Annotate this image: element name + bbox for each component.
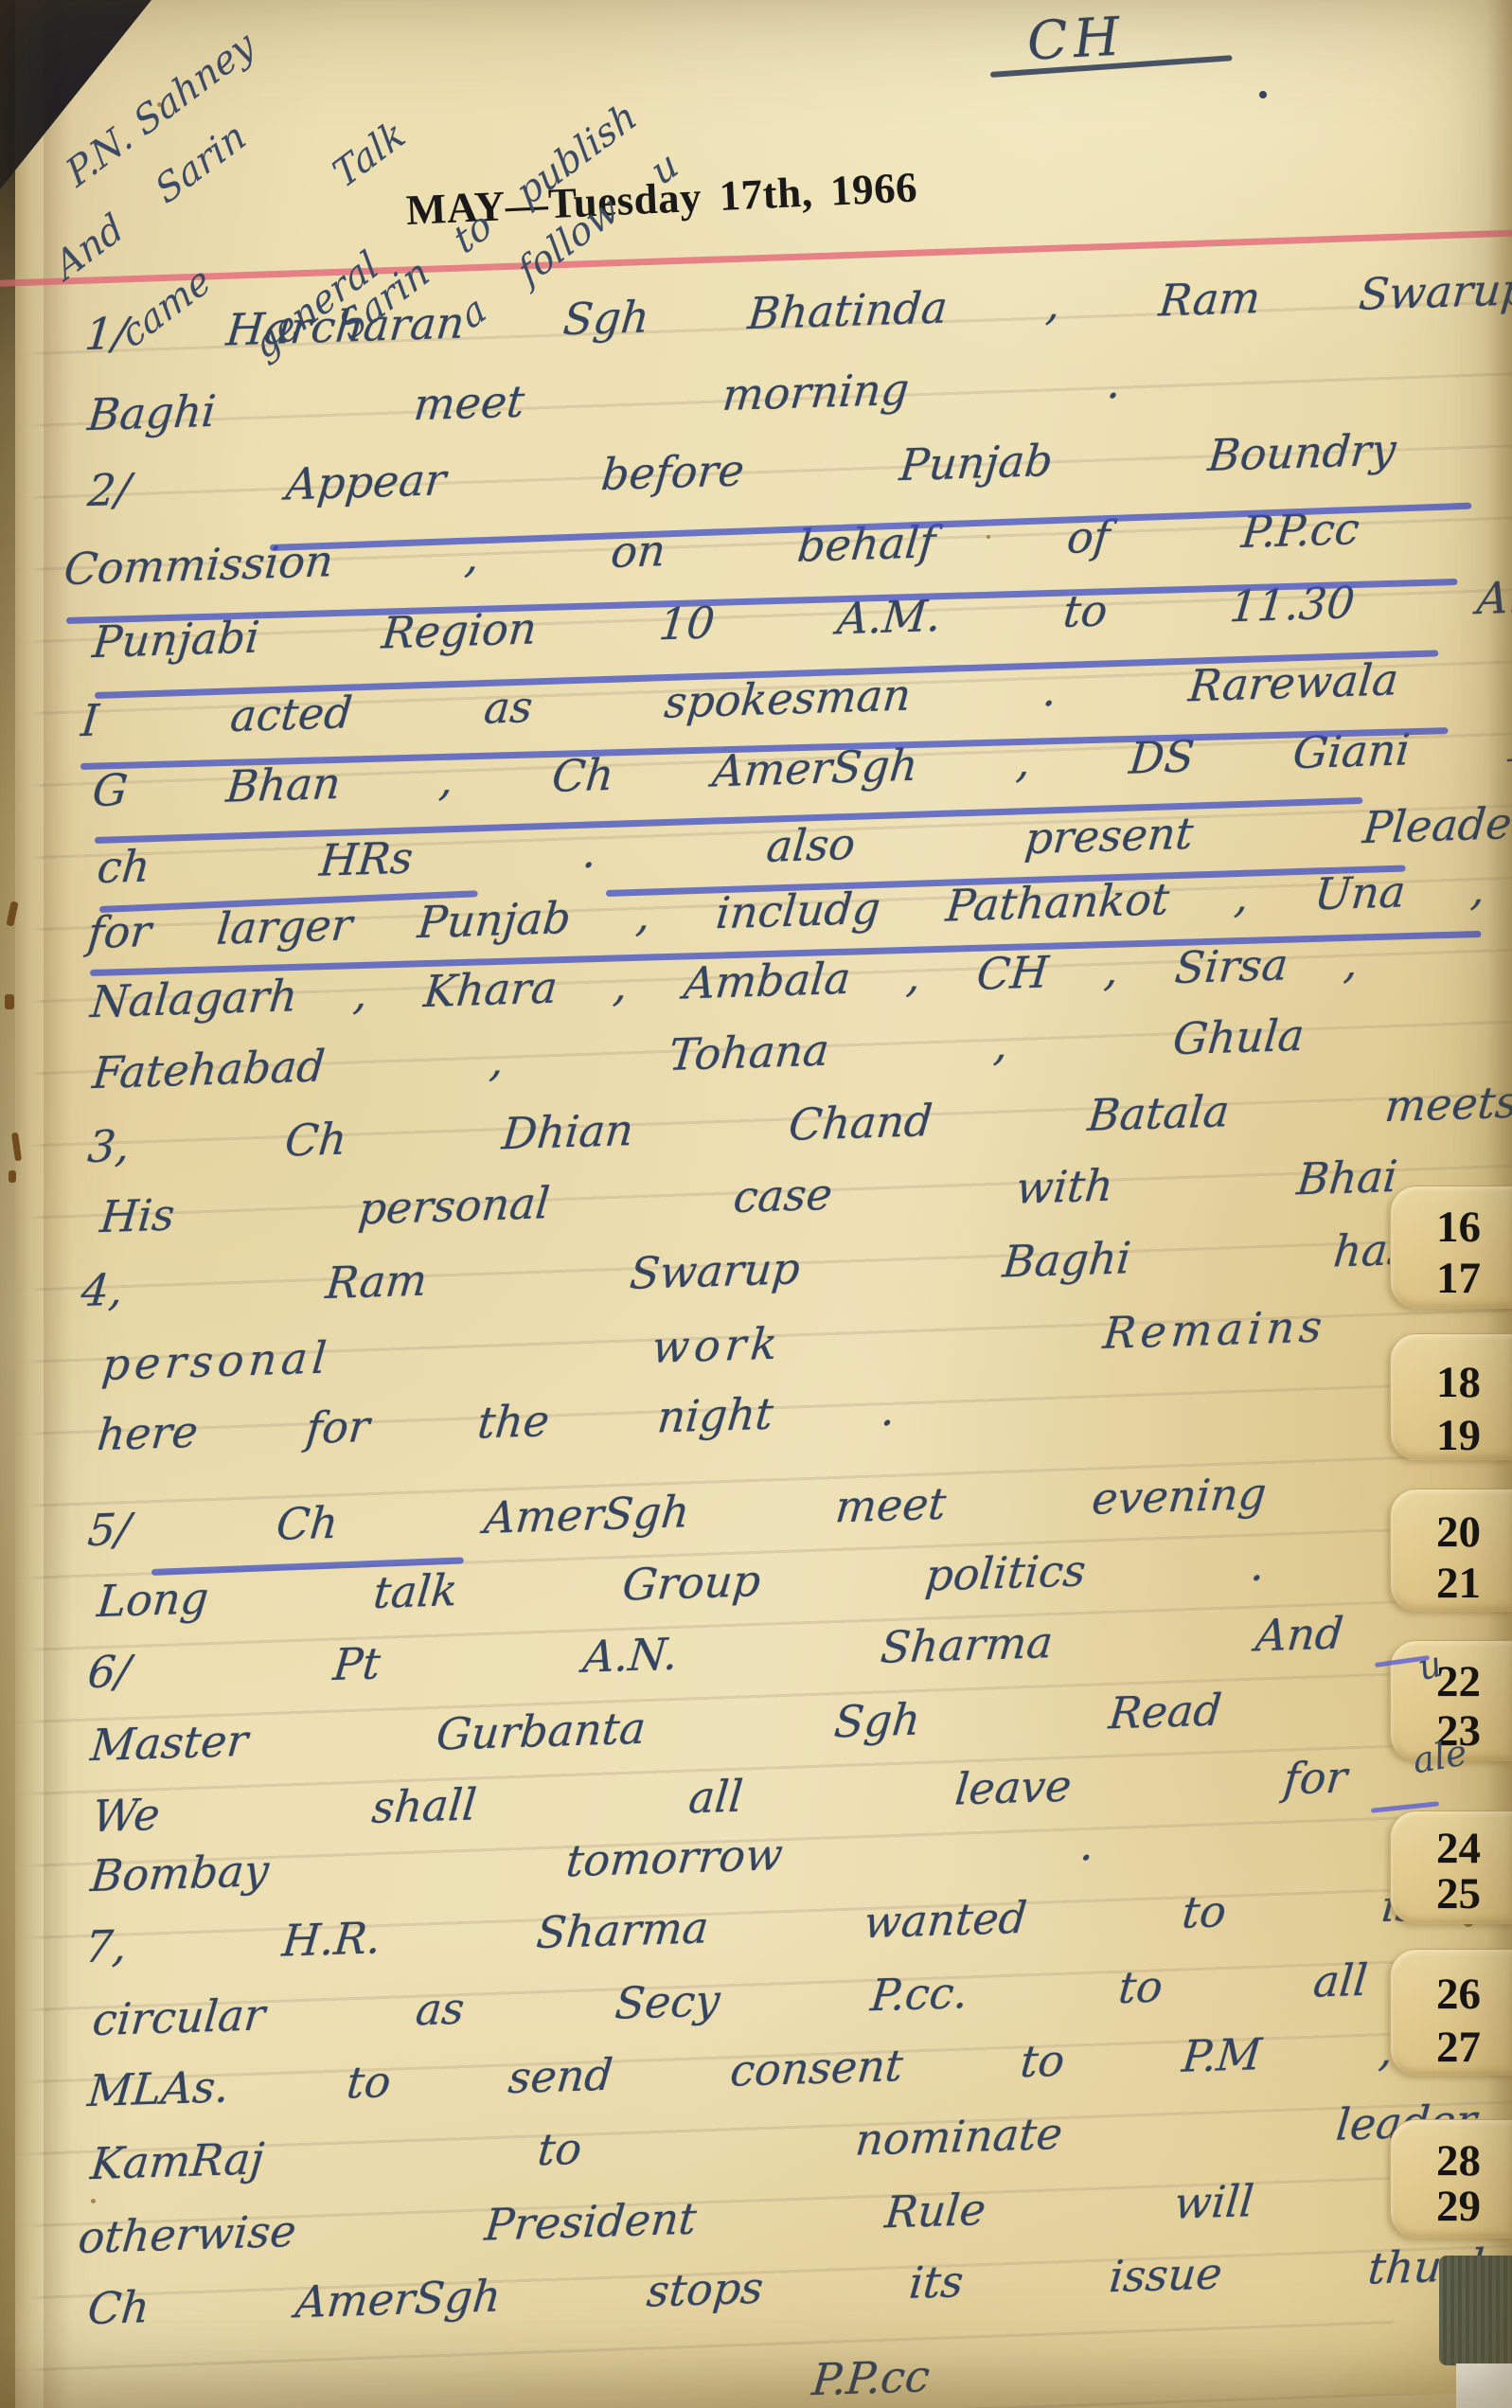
tab-number: 16 xyxy=(1436,1205,1481,1250)
tab-number: 19 xyxy=(1436,1414,1481,1458)
diary-page-photo: MAY—Tuesday 17th, 1966 CH P.N. Sahney An… xyxy=(0,0,1512,2408)
date-tab-24-25: 24 25 xyxy=(1390,1810,1512,1924)
date-tab-16-17: 16 17 xyxy=(1390,1186,1512,1309)
page-crease xyxy=(44,0,72,2408)
tab-number: 26 xyxy=(1436,1972,1481,2017)
paper-stain xyxy=(91,2199,96,2203)
tab-number: 25 xyxy=(1436,1872,1481,1917)
tab-number: 17 xyxy=(1436,1257,1481,1301)
handwritten-page-tag: CH xyxy=(1026,10,1127,68)
tab-number: 27 xyxy=(1436,2025,1481,2070)
tab-number: 28 xyxy=(1436,2139,1481,2184)
binding-stitch xyxy=(9,1170,16,1183)
date-tab-28-29: 28 29 xyxy=(1390,2119,1512,2239)
ink-dot xyxy=(1259,91,1267,98)
date-tab-18-19: 18 19 xyxy=(1390,1333,1512,1460)
cover-board-corner xyxy=(1439,2256,1512,2365)
binding-stitch xyxy=(5,994,14,1009)
binding-edge xyxy=(0,0,15,2408)
underlying-sheet-corner xyxy=(1456,2363,1512,2408)
tab-number: 24 xyxy=(1436,1827,1481,1871)
page-stack-edge xyxy=(15,0,44,2408)
handwritten-line: P.P.cc xyxy=(810,2354,932,2401)
date-tab-26-27: 26 27 xyxy=(1390,1949,1512,2076)
tab-number: 21 xyxy=(1436,1561,1481,1606)
tab-number: 29 xyxy=(1436,2185,1481,2229)
date-tab-20-21: 20 21 xyxy=(1390,1489,1512,1612)
tab-number: 20 xyxy=(1436,1510,1481,1555)
tab-number: 18 xyxy=(1436,1361,1481,1405)
ink-fragment: ale xyxy=(1410,1734,1469,1778)
